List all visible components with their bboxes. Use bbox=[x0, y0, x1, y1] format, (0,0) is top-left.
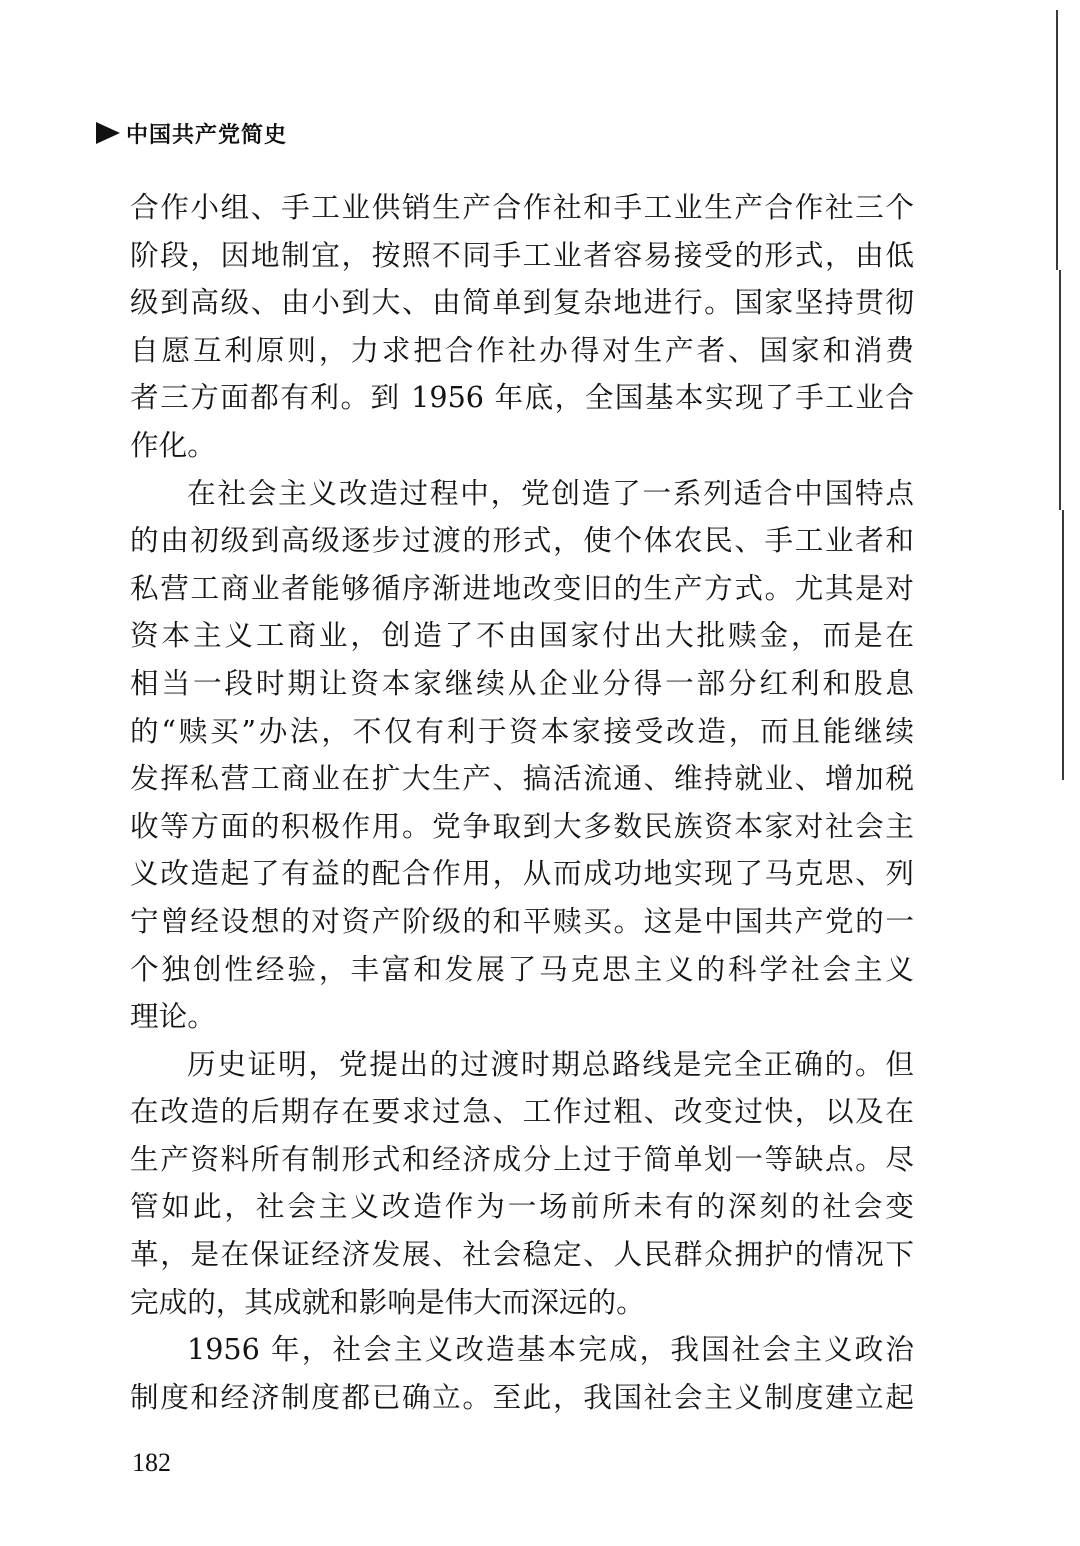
running-head: 中国共产党简史 bbox=[96, 118, 287, 148]
text-line: 制度和经济制度都已确立。至此，我国社会主义制度建立起 bbox=[130, 1374, 914, 1422]
text-line: 阶段，因地制宜，按照不同手工业者容易接受的形式，由低 bbox=[130, 232, 914, 280]
text-line: 发挥私营工商业在扩大生产、搞活流通、维持就业、增加税 bbox=[130, 755, 914, 803]
text-line: 1956 年，社会主义改造基本完成，我国社会主义政治 bbox=[130, 1326, 914, 1374]
text-line: 革，是在保证经济发展、社会稳定、人民群众拥护的情况下 bbox=[130, 1231, 914, 1279]
page-edge-line bbox=[1056, 10, 1058, 270]
text-line: 宁曾经设想的对资产阶级的和平赎买。这是中国共产党的一 bbox=[130, 898, 914, 946]
page-edge-line bbox=[1059, 270, 1061, 510]
triangle-right-icon bbox=[96, 122, 120, 144]
page-number: 182 bbox=[132, 1448, 171, 1478]
text-line: 资本主义工商业，创造了不由国家付出大批赎金，而是在 bbox=[130, 612, 914, 660]
text-line: 收等方面的积极作用。党争取到大多数民族资本家对社会主 bbox=[130, 803, 914, 851]
text-line: 理论。 bbox=[130, 993, 914, 1041]
text-line: 生产资料所有制形式和经济成分上过于简单划一等缺点。尽 bbox=[130, 1136, 914, 1184]
text-line: 管如此，社会主义改造作为一场前所未有的深刻的社会变 bbox=[130, 1183, 914, 1231]
text-line: 合作小组、手工业供销生产合作社和手工业生产合作社三个 bbox=[130, 184, 914, 232]
text-line: 的由初级到高级逐步过渡的形式，使个体农民、手工业者和 bbox=[130, 517, 914, 565]
text-line: 完成的，其成就和影响是伟大而深远的。 bbox=[130, 1279, 914, 1327]
text-line: 私营工商业者能够循序渐进地改变旧的生产方式。尤其是对 bbox=[130, 565, 914, 613]
text-line: 的“赎买”办法，不仅有利于资本家接受改造，而且能继续 bbox=[130, 708, 914, 756]
text-line: 相当一段时期让资本家继续从企业分得一部分红利和股息 bbox=[130, 660, 914, 708]
text-line: 历史证明，党提出的过渡时期总路线是完全正确的。但 bbox=[130, 1041, 914, 1089]
page-edge-line bbox=[1062, 510, 1064, 780]
text-line: 级到高级、由小到大、由简单到复杂地进行。国家坚持贯彻 bbox=[130, 279, 914, 327]
text-line: 者三方面都有利。到 1956 年底，全国基本实现了手工业合 bbox=[130, 374, 914, 422]
text-line: 个独创性经验，丰富和发展了马克思主义的科学社会主义 bbox=[130, 946, 914, 994]
text-line: 义改造起了有益的配合作用，从而成功地实现了马克思、列 bbox=[130, 850, 914, 898]
text-line: 在改造的后期存在要求过急、工作过粗、改变过快，以及在 bbox=[130, 1088, 914, 1136]
text-line: 自愿互利原则，力求把合作社办得对生产者、国家和消费 bbox=[130, 327, 914, 375]
text-line: 作化。 bbox=[130, 422, 914, 470]
book-title: 中国共产党简史 bbox=[126, 118, 287, 149]
text-line: 在社会主义改造过程中，党创造了一系列适合中国特点 bbox=[130, 470, 914, 518]
body-text: 合作小组、手工业供销生产合作社和手工业生产合作社三个 阶段，因地制宜，按照不同手… bbox=[130, 184, 914, 1421]
